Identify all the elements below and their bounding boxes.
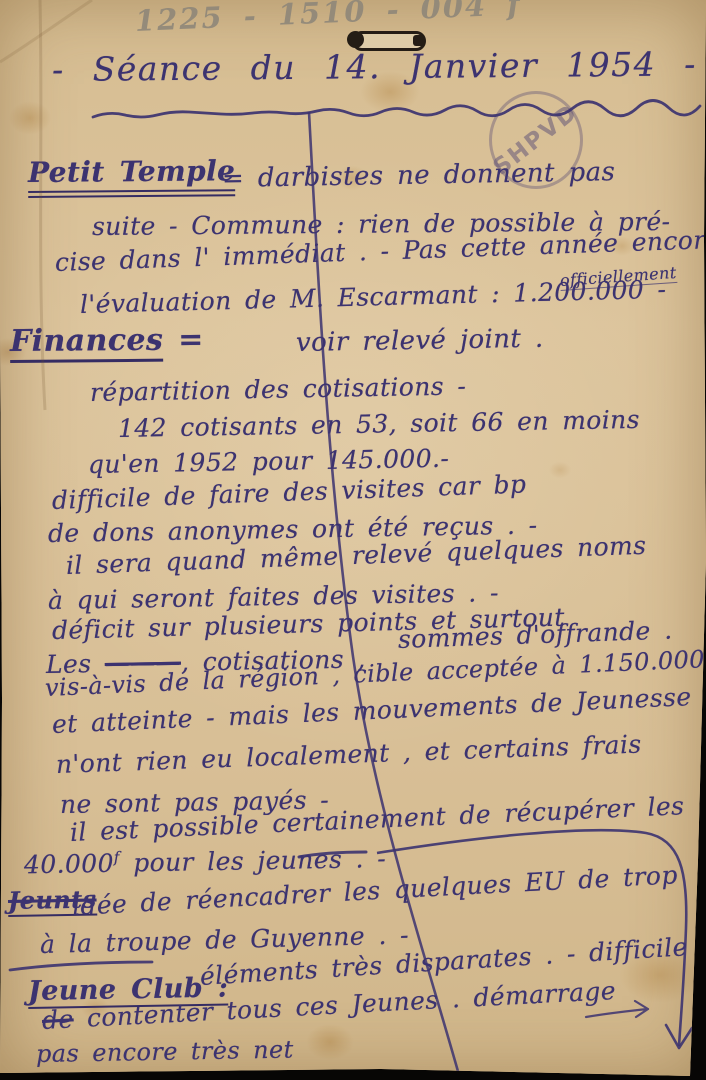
heading-text: Finances: [10, 323, 164, 363]
paper-sheet: 1225 - 1510 - 004 f SHPVD - Séance du 14…: [0, 0, 706, 1080]
manuscript-line: l'évaluation de M. Escarmant : 1.200.000…: [80, 275, 667, 319]
manuscript-line: pas encore très net: [36, 1036, 294, 1068]
heading-equals: =: [178, 322, 204, 357]
manuscript-line: = darbistes ne donnent pas: [222, 157, 616, 194]
amount: 40.000: [24, 849, 114, 880]
separator-line: [10, 962, 152, 970]
section-heading-petit-temple: Petit Temple: [28, 154, 236, 189]
amount-unit: f: [114, 848, 120, 866]
staple: [352, 31, 426, 51]
manuscript-line: 142 cotisants en 53, soit 66 en moins: [118, 405, 640, 443]
manuscript-line: voir relevé joint .: [296, 324, 544, 358]
heading-text: Petit Temple: [28, 154, 236, 198]
manuscript-line: n'ont rien eu localement , et certains f…: [55, 730, 642, 779]
archival-number: 1225 - 1510 - 004 f: [134, 0, 522, 38]
manuscript-line: 40.000f pour les jeunes . -: [24, 844, 387, 880]
wavy-underline: [93, 101, 700, 118]
manuscript-line: répartition des cotisations -: [90, 371, 467, 407]
page-title: - Séance du 14. Janvier 1954 -: [52, 44, 697, 89]
struck-word: de: [41, 1004, 74, 1035]
section-heading-finances: Finances =: [10, 322, 204, 359]
arrowhead: [666, 1025, 692, 1048]
line-fragment: pour les jeunes . -: [133, 844, 386, 877]
